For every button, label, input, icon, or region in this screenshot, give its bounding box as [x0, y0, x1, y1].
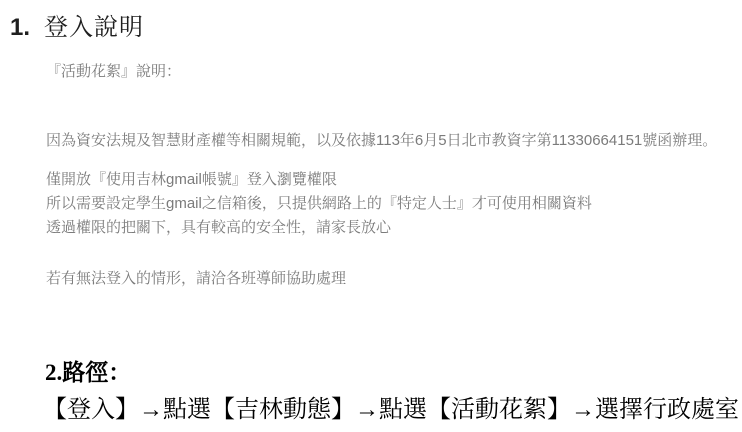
permissions-line-3: 透過權限的把關下，具有較高的安全性，請家長放心: [46, 216, 592, 240]
section-1-number: 1.: [10, 14, 44, 42]
section-2-heading: 2.路徑：: [45, 354, 131, 387]
document-page: 1. 登入說明 『活動花絮』說明： 因為資安法規及智慧財產權等相關規範，以及依據…: [0, 0, 742, 432]
section-1-title: 登入說明: [44, 7, 144, 42]
paragraph-help: 若有無法登入的情形，請洽各班導師協助處理: [46, 267, 346, 288]
paragraph-regulation: 因為資安法規及智慧財產權等相關規範，以及依據113年6月5日北市教資字第1133…: [46, 129, 717, 150]
permissions-line-1: 僅開放『使用吉林gmail帳號』登入瀏覽權限: [46, 168, 592, 192]
paragraph-permissions: 僅開放『使用吉林gmail帳號』登入瀏覽權限 所以需要設定學生gmail之信箱後…: [46, 168, 592, 240]
permissions-line-2: 所以需要設定學生gmail之信箱後，只提供網路上的『特定人士』才可使用相關資料: [46, 192, 592, 216]
section-1-heading: 1. 登入說明: [10, 7, 144, 42]
navigation-path: 【登入】→點選【吉林動態】→點選【活動花絮】→選擇行政處室: [43, 389, 739, 424]
intro-line: 『活動花絮』說明：: [46, 60, 181, 81]
